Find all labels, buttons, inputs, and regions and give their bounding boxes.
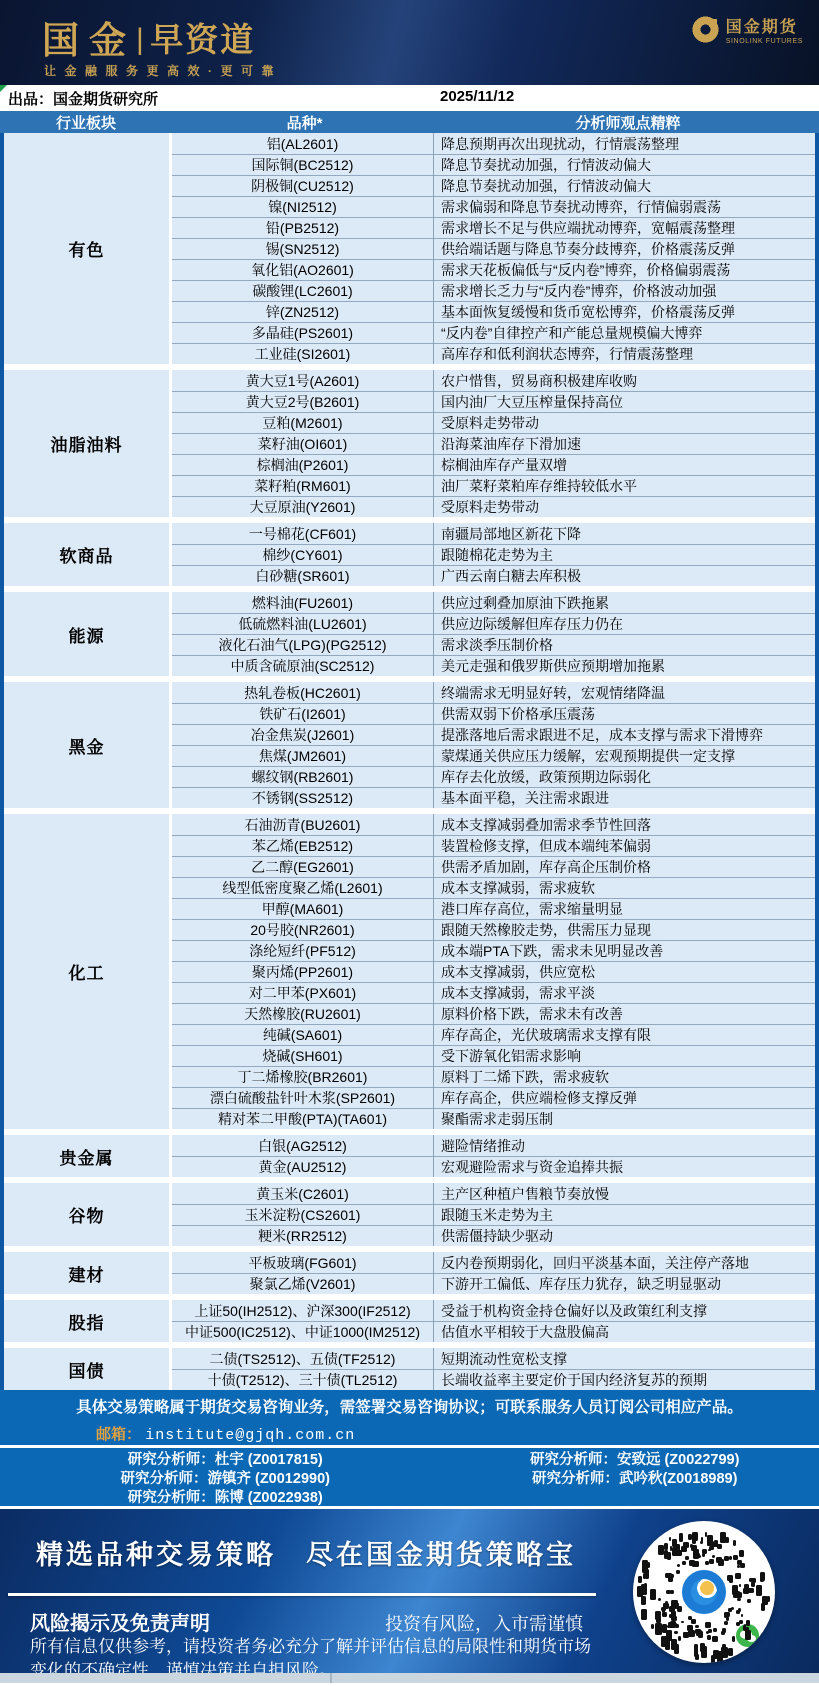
table-row: 螺纹钢(RB2601) 库存去化放缓，政策预期边际弱化 [172,766,815,787]
product-cell: 工业硅(SI2601) [172,343,434,364]
view-cell: 库存去化放缓，政策预期边际弱化 [434,766,815,787]
view-cell: 油厂菜籽菜粕库存维持较低水平 [434,475,815,496]
qr-dot [702,1649,705,1654]
qr-dot [656,1615,660,1623]
product-cell: 碳酸锂(LC2601) [172,280,434,301]
qr-dot [683,1632,689,1638]
qr-dot [713,1628,717,1632]
qr-dot [671,1611,676,1616]
qr-dot [705,1561,709,1565]
view-cell: 供给端话题与降息节奏分歧博弈，价格震荡反弹 [434,238,815,259]
table-row: 冶金焦炭(J2601) 提涨落地后需求跟进不足，成本支撑与需求下滑博弈 [172,724,815,745]
table-row: 十债(T2512)、三十债(TL2512) 长端收益率主要定价于国内经济复苏的预… [172,1369,815,1390]
qr-dot [712,1636,718,1642]
table-row: 纯碱(SA601) 库存高企，光伏玻璃需求支撑有限 [172,1024,815,1045]
view-cell: 成本支撑减弱，供应宽松 [434,961,815,982]
qr-dot [672,1539,677,1548]
qr-dot [707,1635,711,1639]
analyst-entry: 研究分析师：陈博 (Z0022938) [128,1489,323,1508]
product-cell: 铅(PB2512) [172,217,434,238]
view-cell: 供应过剩叠加原油下跌拖累 [434,592,815,613]
qr-dot [739,1550,743,1558]
view-cell: 基本面平稳，关注需求跟进 [434,787,815,808]
column-header-sector: 行业板块 [0,111,172,133]
product-cell: 冶金焦炭(J2601) [172,724,434,745]
analysts-section: 研究分析师：杜宇 (Z0017815)研究分析师：游镇齐 (Z0012990)研… [0,1445,819,1509]
view-cell: 供需矛盾加剧，库存高企压制价格 [434,856,815,877]
table-row: 苯乙烯(EB2512) 装置检修支撑，但成本端纯苯偏弱 [172,835,815,856]
qr-dot [700,1541,703,1544]
view-cell: 宏观避险需求与资金追捧共振 [434,1156,815,1177]
view-cell: 成本端PTA下跌，需求未见明显改善 [434,940,815,961]
view-cell: 成本支撑减弱叠加需求季节性回落 [434,814,815,835]
table-row: 黄大豆2号(B2601) 国内油厂大豆压榨量保持高位 [172,391,815,412]
table-row: 碳酸锂(LC2601) 需求增长乏力与“反内卷”博弈，价格波动加强 [172,280,815,301]
view-cell: 受原料走势带动 [434,496,815,517]
qr-dot [677,1564,680,1567]
product-cell: 丁二烯橡胶(BR2601) [172,1066,434,1087]
section-rows: 黄玉米(C2601) 主产区种植户售粮节奏放慢 玉米淀粉(CS2601) 跟随玉… [172,1183,815,1246]
sector-section: 能源 燃料油(FU2601) 供应过剩叠加原油下跌拖累 低硫燃料油(LU2601… [4,592,815,676]
sector-label: 软商品 [60,542,114,567]
product-cell: 苯乙烯(EB2512) [172,835,434,856]
view-cell: 受下游氧化铝需求影响 [434,1045,815,1066]
sector-section: 黑金 热轧卷板(HC2601) 终端需求无明显好转，宏观情绪降温 铁矿石(I26… [4,682,815,808]
table-row: 菜籽粕(RM601) 油厂菜籽菜粕库存维持较低水平 [172,475,815,496]
qr-dot [681,1546,687,1552]
table-row: 天然橡胶(RU2601) 原料价格下跌，需求未有改善 [172,1003,815,1024]
sector-label: 有色 [69,236,105,261]
sector-label: 贵金属 [60,1144,114,1169]
product-name: 早资道 [150,21,255,58]
product-cell: 白银(AG2512) [172,1135,434,1156]
table-row: 甲醇(MA601) 港口库存高位，需求缩量明显 [172,898,815,919]
view-cell: 主产区种植户售粮节奏放慢 [434,1183,815,1204]
sector-section: 股指 上证50(IH2512)、沪深300(IF2512) 受益于机构资金持仓偏… [4,1300,815,1342]
product-cell: 镍(NI2512) [172,196,434,217]
product-cell: 豆粕(M2601) [172,412,434,433]
qr-dot [732,1636,735,1642]
table-row: 平板玻璃(FG601) 反内卷预期弱化，回归平淡基本面，关注停产落地 [172,1252,815,1273]
view-cell: 降息预期再次出现扰动，行情震荡整理 [434,133,815,154]
view-cell: 基本面恢复缓慢和货币宽松博弈，价格震荡反弹 [434,301,815,322]
table-row: 丁二烯橡胶(BR2601) 原料丁二烯下跌，需求疲软 [172,1066,815,1087]
table-row: 黄大豆1号(A2601) 农户惜售，贸易商积极建库收购 [172,370,815,391]
table-row: 聚丙烯(PP2601) 成本支撑减弱，供应宽松 [172,961,815,982]
qr-dot [655,1623,661,1635]
qr-dot [672,1547,677,1556]
qr-dot [767,1596,771,1602]
section-rows: 石油沥青(BU2601) 成本支撑减弱叠加需求季节性回落 苯乙烯(EB2512)… [172,814,815,1129]
view-cell: 反内卷预期弱化，回归平淡基本面，关注停产落地 [434,1252,815,1273]
qr-dot [709,1559,714,1564]
table-row: 黄玉米(C2601) 主产区种植户售粮节奏放慢 [172,1183,815,1204]
view-cell: 美元走强和俄罗斯供应预期增加拖累 [434,655,815,676]
view-cell: 库存高企，光伏玻璃需求支撑有限 [434,1024,815,1045]
qr-dot [685,1556,688,1559]
qr-dot [708,1629,712,1633]
view-cell: 供需双弱下价格承压震荡 [434,703,815,724]
qr-dot [671,1600,677,1606]
product-cell: 20号胶(NR2601) [172,919,434,940]
view-cell: 需求增长乏力与“反内卷”博弈，价格波动加强 [434,280,815,301]
column-header-product: 品种* [172,111,437,133]
product-cell: 不锈钢(SS2512) [172,787,434,808]
view-cell: 需求偏弱和降息节奏扰动博弈，行情偏弱震荡 [434,196,815,217]
table-row: 上证50(IH2512)、沪深300(IF2512) 受益于机构资金持仓偏好以及… [172,1300,815,1321]
product-cell: 中质含硫原油(SC2512) [172,655,434,676]
table-row: 20号胶(NR2601) 跟随天然橡胶走势，供需压力显现 [172,919,815,940]
qr-dot [725,1537,728,1543]
analyst-entry: 研究分析师：杜宇 (Z0017815) [128,1451,323,1470]
publisher-label: 出品：国金期货研究所 [8,88,158,109]
company-ring-icon [692,16,719,43]
table-row: 镍(NI2512) 需求偏弱和降息节奏扰动博弈，行情偏弱震荡 [172,196,815,217]
view-cell: 供需僵持缺少驱动 [434,1225,815,1246]
product-cell: 聚丙烯(PP2601) [172,961,434,982]
product-cell: 黄大豆1号(A2601) [172,370,434,391]
product-cell: 大豆原油(Y2601) [172,496,434,517]
table-row: 玉米淀粉(CS2601) 跟随玉米走势为主 [172,1204,815,1225]
product-cell: 热轧卷板(HC2601) [172,682,434,703]
sector-section: 国债 二债(TS2512)、五债(TF2512) 短期流动性宽松支撑 十债(T2… [4,1348,815,1390]
table-row: 铝(AL2601) 降息预期再次出现扰动，行情震荡整理 [172,133,815,154]
product-cell: 国际铜(BC2512) [172,154,434,175]
sector-label: 化工 [69,959,105,984]
table-row: 烧碱(SH601) 受下游氧化铝需求影响 [172,1045,815,1066]
email-row: 邮箱： institute@gjqh.com.cn [0,1423,819,1444]
sector-cell: 贵金属 [4,1135,172,1177]
qr-dot [729,1579,734,1584]
qr-dot [716,1557,722,1563]
table-row: 二债(TS2512)、五债(TF2512) 短期流动性宽松支撑 [172,1348,815,1369]
sector-cell: 能源 [4,592,172,676]
product-cell: 氧化铝(AO2601) [172,259,434,280]
view-cell: 降息节奏扰动加强，行情波动偏大 [434,154,815,175]
product-cell: 甲醇(MA601) [172,898,434,919]
view-cell: 成本支撑减弱，需求平淡 [434,982,815,1003]
table-row: 棉纱(CY601) 跟随棉花走势为主 [172,544,815,565]
sector-cell: 股指 [4,1300,172,1342]
qr-dot [738,1608,742,1612]
table-row: 中证500(IC2512)、中证1000(IM2512) 估值水平相较于大盘股偏… [172,1321,815,1342]
table-row: 精对苯二甲酸(PTA)(TA601) 聚酯需求走弱压制 [172,1108,815,1129]
sector-cell: 有色 [4,133,172,364]
risk-caption: 投资有风险，入市需谨慎 [385,1610,583,1636]
qr-dot [743,1588,749,1594]
qr-dot [737,1598,741,1602]
table-row: 氧化铝(AO2601) 需求天花板偏低与“反内卷”博弈，价格偏弱震荡 [172,259,815,280]
table-row: 大豆原油(Y2601) 受原料走势带动 [172,496,815,517]
product-cell: 锡(SN2512) [172,238,434,259]
promo-divider [8,1593,596,1596]
qr-dot [695,1625,698,1628]
qr-dot [751,1582,755,1586]
sector-section: 油脂油料 黄大豆1号(A2601) 农户惜售，贸易商积极建库收购 黄大豆2号(B… [4,370,815,517]
qr-dot [668,1577,672,1581]
qr-dot [664,1543,668,1550]
table-row: 粳米(RR2512) 供需僵持缺少驱动 [172,1225,815,1246]
table-row: 白砂糖(SR601) 广西云南白糖去库积极 [172,565,815,586]
qr-dot [736,1622,740,1626]
product-cell: 棕榈油(P2601) [172,454,434,475]
product-cell: 乙二醇(EG2601) [172,856,434,877]
qr-center-logo-icon [678,1566,730,1618]
product-cell: 平板玻璃(FG601) [172,1252,434,1273]
qr-dot [650,1589,656,1600]
view-cell: 成本支撑减弱，需求疲软 [434,877,815,898]
qr-dot [745,1630,750,1640]
table-row: 菜籽油(OI601) 沿海菜油库存下滑加速 [172,433,815,454]
qr-dot [721,1631,725,1635]
sector-cell: 软商品 [4,523,172,586]
table-row: 一号棉花(CF601) 南疆局部地区新花下降 [172,523,815,544]
qr-dot [705,1622,711,1628]
analyst-entry: 研究分析师：武吟秋(Z0018989) [532,1470,737,1489]
qr-dot [638,1576,642,1583]
table-row: 棕榈油(P2601) 棕榈油库存产量双增 [172,454,815,475]
table-row: 锌(ZN2512) 基本面恢复缓慢和货币宽松博弈，价格震荡反弹 [172,301,815,322]
section-rows: 一号棉花(CF601) 南疆局部地区新花下降 棉纱(CY601) 跟随棉花走势为… [172,523,815,586]
view-cell: 跟随天然橡胶走势，供需压力显现 [434,919,815,940]
table-row: 漂白硫酸盐针叶木浆(SP2601) 库存高企，供应端检修支撑反弹 [172,1087,815,1108]
qr-dot [741,1614,744,1617]
table-row: 不锈钢(SS2512) 基本面平稳，关注需求跟进 [172,787,815,808]
sector-cell: 化工 [4,814,172,1129]
table-row: 对二甲苯(PX601) 成本支撑减弱，需求平淡 [172,982,815,1003]
qr-dot [729,1556,732,1559]
brand-logo-text: 国金 [42,21,136,62]
table-row: 线型低密度聚乙烯(L2601) 成本支撑减弱，需求疲软 [172,877,815,898]
qr-dot [746,1620,750,1627]
view-cell: 需求天花板偏低与“反内卷”博弈，价格偏弱震荡 [434,259,815,280]
qr-dot [717,1544,722,1549]
product-cell: 菜籽油(OI601) [172,433,434,454]
product-cell: 低硫燃料油(LU2601) [172,613,434,634]
product-cell: 棉纱(CY601) [172,544,434,565]
qr-dot [674,1644,679,1654]
section-rows: 上证50(IH2512)、沪深300(IF2512) 受益于机构资金持仓偏好以及… [172,1300,815,1342]
qr-dot [641,1596,646,1605]
promo-headline: 精选品种交易策略 尽在国金期货策略宝 [36,1533,576,1572]
product-cell: 螺纹钢(RB2601) [172,766,434,787]
brand-logo: 国金| 早资道 [42,10,255,64]
view-cell: 估值水平相较于大盘股偏高 [434,1321,815,1342]
product-cell: 一号棉花(CF601) [172,523,434,544]
sector-cell: 谷物 [4,1183,172,1246]
table-row: 液化石油气(LPG)(PG2512) 需求淡季压制价格 [172,634,815,655]
qr-dot [688,1534,692,1541]
sector-table: 有色 铝(AL2601) 降息预期再次出现扰动，行情震荡整理 国际铜(BC251… [4,133,815,1390]
view-cell: 跟随棉花走势为主 [434,544,815,565]
risk-title: 风险揭示及免责声明 [30,1607,210,1636]
view-cell: 高库存和低利润状态博弈，行情震荡整理 [434,343,815,364]
qr-dot [674,1631,678,1635]
product-cell: 聚氯乙烯(V2601) [172,1273,434,1294]
table-row: 黄金(AU2512) 宏观避险需求与资金追捧共振 [172,1156,815,1177]
meta-bar: 出品：国金期货研究所 2025/11/12 [0,85,819,111]
qr-dot [690,1544,693,1547]
qr-dot [749,1578,754,1583]
view-cell: 国内油厂大豆压榨量保持高位 [434,391,815,412]
qr-dot [707,1535,713,1546]
qr-dot [739,1584,742,1587]
table-row: 乙二醇(EG2601) 供需矛盾加剧，库存高企压制价格 [172,856,815,877]
sector-section: 有色 铝(AL2601) 降息预期再次出现扰动，行情震荡整理 国际铜(BC251… [4,133,815,364]
qr-dot [692,1561,698,1567]
cell-marker-icon [0,85,7,92]
sector-label: 建材 [69,1261,105,1286]
view-cell: 原料价格下跌，需求未有改善 [434,1003,815,1024]
table-row: 燃料油(FU2601) 供应过剩叠加原油下跌拖累 [172,592,815,613]
product-cell: 黄大豆2号(B2601) [172,391,434,412]
report-date: 2025/11/12 [440,88,514,105]
sector-section: 贵金属 白银(AG2512) 避险情绪推动 黄金(AU2512) 宏观避险需求与… [4,1135,815,1177]
qr-dot [735,1573,741,1579]
view-cell: 原料丁二烯下跌，需求疲软 [434,1066,815,1087]
email-address[interactable]: institute@gjqh.com.cn [145,1427,355,1444]
table-row: 铅(PB2512) 需求增长不足与供应端扰动博弈，宽幅震荡整理 [172,217,815,238]
qr-dot [666,1590,670,1594]
qr-dot [658,1598,661,1601]
sector-section: 化工 石油沥青(BU2601) 成本支撑减弱叠加需求季节性回落 苯乙烯(EB25… [4,814,815,1129]
qr-dot [676,1570,680,1574]
sector-cell: 建材 [4,1252,172,1294]
product-cell: 纯碱(SA601) [172,1024,434,1045]
qr-code [633,1521,775,1663]
qr-dot [666,1630,672,1641]
view-cell: 库存高企，供应端检修支撑反弹 [434,1087,815,1108]
sector-cell: 油脂油料 [4,370,172,517]
qr-dot [668,1622,674,1628]
product-cell: 对二甲苯(PX601) [172,982,434,1003]
qr-dot [702,1553,705,1556]
table-row: 锡(SN2512) 供给端话题与降息节奏分歧博弈，价格震荡反弹 [172,238,815,259]
table-row: 聚氯乙烯(V2601) 下游开工偏低、库存压力犹存，缺乏明显驱动 [172,1273,815,1294]
table-wrap: 有色 铝(AL2601) 降息预期再次出现扰动，行情震荡整理 国际铜(BC251… [0,133,819,1390]
qr-dot [682,1561,686,1565]
product-cell: 焦煤(JM2601) [172,745,434,766]
qr-dot [748,1588,754,1594]
view-cell: 广西云南白糖去库积极 [434,565,815,586]
product-cell: 燃料油(FU2601) [172,592,434,613]
section-rows: 燃料油(FU2601) 供应过剩叠加原油下跌拖累 低硫燃料油(LU2601) 供… [172,592,815,676]
view-cell: 南疆局部地区新花下降 [434,523,815,544]
table-row: 石油沥青(BU2601) 成本支撑减弱叠加需求季节性回落 [172,814,815,835]
view-cell: 农户惜售，贸易商积极建库收购 [434,370,815,391]
table-row: 低硫燃料油(LU2601) 供应边际缓解但库存压力仍在 [172,613,815,634]
qr-dot [722,1644,726,1651]
company-name-en: SINOLINK FUTURES [726,38,803,45]
qr-dot [705,1532,708,1537]
qr-dot [667,1552,671,1559]
sector-label: 油脂油料 [51,431,123,456]
view-cell: 沿海菜油库存下滑加速 [434,433,815,454]
product-cell: 多晶硅(PS2601) [172,322,434,343]
analyst-entry: 研究分析师：游镇齐 (Z0012990) [120,1470,330,1489]
qr-dot [747,1599,751,1603]
qr-dot [670,1590,674,1594]
view-cell: 需求淡季压制价格 [434,634,815,655]
view-cell: 蒙煤通关供应压力缓解，宏观预期提供一定支撑 [434,745,815,766]
qr-dot [761,1603,766,1611]
product-cell: 涤纶短纤(PF512) [172,940,434,961]
qr-dot [651,1624,654,1629]
view-cell: 需求增长不足与供应端扰动博弈，宽幅震荡整理 [434,217,815,238]
product-cell: 石油沥青(BU2601) [172,814,434,835]
view-cell: 港口库存高位，需求缩量明显 [434,898,815,919]
qr-dot [687,1625,693,1631]
qr-dot [728,1648,733,1656]
product-cell: 阴极铜(CU2512) [172,175,434,196]
section-rows: 热轧卷板(HC2601) 终端需求无明显好转，宏观情绪降温 铁矿石(I2601)… [172,682,815,808]
company-name-cn: 国金期货 [726,14,803,37]
qr-dot [692,1536,697,1544]
top-banner: 国金| 早资道 让金融服务更高效·更可靠 国金期货 SINOLINK FUTUR… [0,0,819,85]
qr-dot [678,1636,681,1641]
view-cell: 受原料走势带动 [434,412,815,433]
qr-dot [698,1631,704,1637]
qr-dot [729,1609,732,1612]
qr-dot [694,1649,698,1657]
qr-dot [677,1606,683,1612]
qr-dot [688,1630,694,1636]
qr-dot [669,1537,672,1542]
email-label: 邮箱： [96,1426,141,1443]
view-cell: “反内卷”自律控产和产能总量规模偏大博弈 [434,322,815,343]
sector-section: 软商品 一号棉花(CF601) 南疆局部地区新花下降 棉纱(CY601) 跟随棉… [4,523,815,586]
product-cell: 十债(T2512)、三十债(TL2512) [172,1369,434,1390]
section-rows: 二债(TS2512)、五债(TF2512) 短期流动性宽松支撑 十债(T2512… [172,1348,815,1390]
view-cell: 受益于机构资金持仓偏好以及政策红利支撑 [434,1300,815,1321]
qr-dot [756,1585,762,1596]
section-rows: 平板玻璃(FG601) 反内卷预期弱化，回归平淡基本面，关注停产落地 聚氯乙烯(… [172,1252,815,1294]
product-cell: 黄玉米(C2601) [172,1183,434,1204]
sector-cell: 黑金 [4,682,172,808]
subscription-notice: 具体交易策略属于期货交易咨询业务，需签署交易咨询协议；可联系服务人员订阅公司相应… [0,1395,819,1417]
qr-dot [724,1613,729,1618]
table-row: 白银(AG2512) 避险情绪推动 [172,1135,815,1156]
table-row: 豆粕(M2601) 受原料走势带动 [172,412,815,433]
column-header-view: 分析师观点精粹 [437,111,819,133]
product-cell: 玉米淀粉(CS2601) [172,1204,434,1225]
table-row: 多晶硅(PS2601) “反内卷”自律控产和产能总量规模偏大博弈 [172,322,815,343]
qr-dot [712,1555,715,1558]
view-cell: 降息节奏扰动加强，行情波动偏大 [434,175,815,196]
table-header: 行业板块 品种* 分析师观点精粹 [0,111,819,133]
product-cell: 线型低密度聚乙烯(L2601) [172,877,434,898]
product-cell: 二债(TS2512)、五债(TF2512) [172,1348,434,1369]
qr-dot [641,1609,647,1620]
table-row: 中质含硫原油(SC2512) 美元走强和俄罗斯供应预期增加拖累 [172,655,815,676]
view-cell: 终端需求无明显好转，宏观情绪降温 [434,682,815,703]
qr-dot [658,1545,664,1556]
company-logo: 国金期货 SINOLINK FUTURES [692,14,803,45]
scrollbar-divider [330,1673,332,1683]
view-cell: 下游开工偏低、库存压力犹存，缺乏明显驱动 [434,1273,815,1294]
product-cell: 烧碱(SH601) [172,1045,434,1066]
qr-dot [733,1540,736,1546]
sector-cell: 国债 [4,1348,172,1390]
qr-dot [736,1591,739,1594]
qr-dot [713,1650,718,1660]
product-cell: 粳米(RR2512) [172,1225,434,1246]
product-cell: 精对苯二甲酸(PTA)(TA601) [172,1108,434,1129]
bottom-scrollbar[interactable] [0,1673,819,1683]
analyst-entry: 研究分析师：安致远 (Z0022799) [530,1451,740,1470]
promo-banner: 精选品种交易策略 尽在国金期货策略宝 风险揭示及免责声明 投资有风险，入市需谨慎… [0,1509,819,1673]
table-row: 国际铜(BC2512) 降息节奏扰动加强，行情波动偏大 [172,154,815,175]
